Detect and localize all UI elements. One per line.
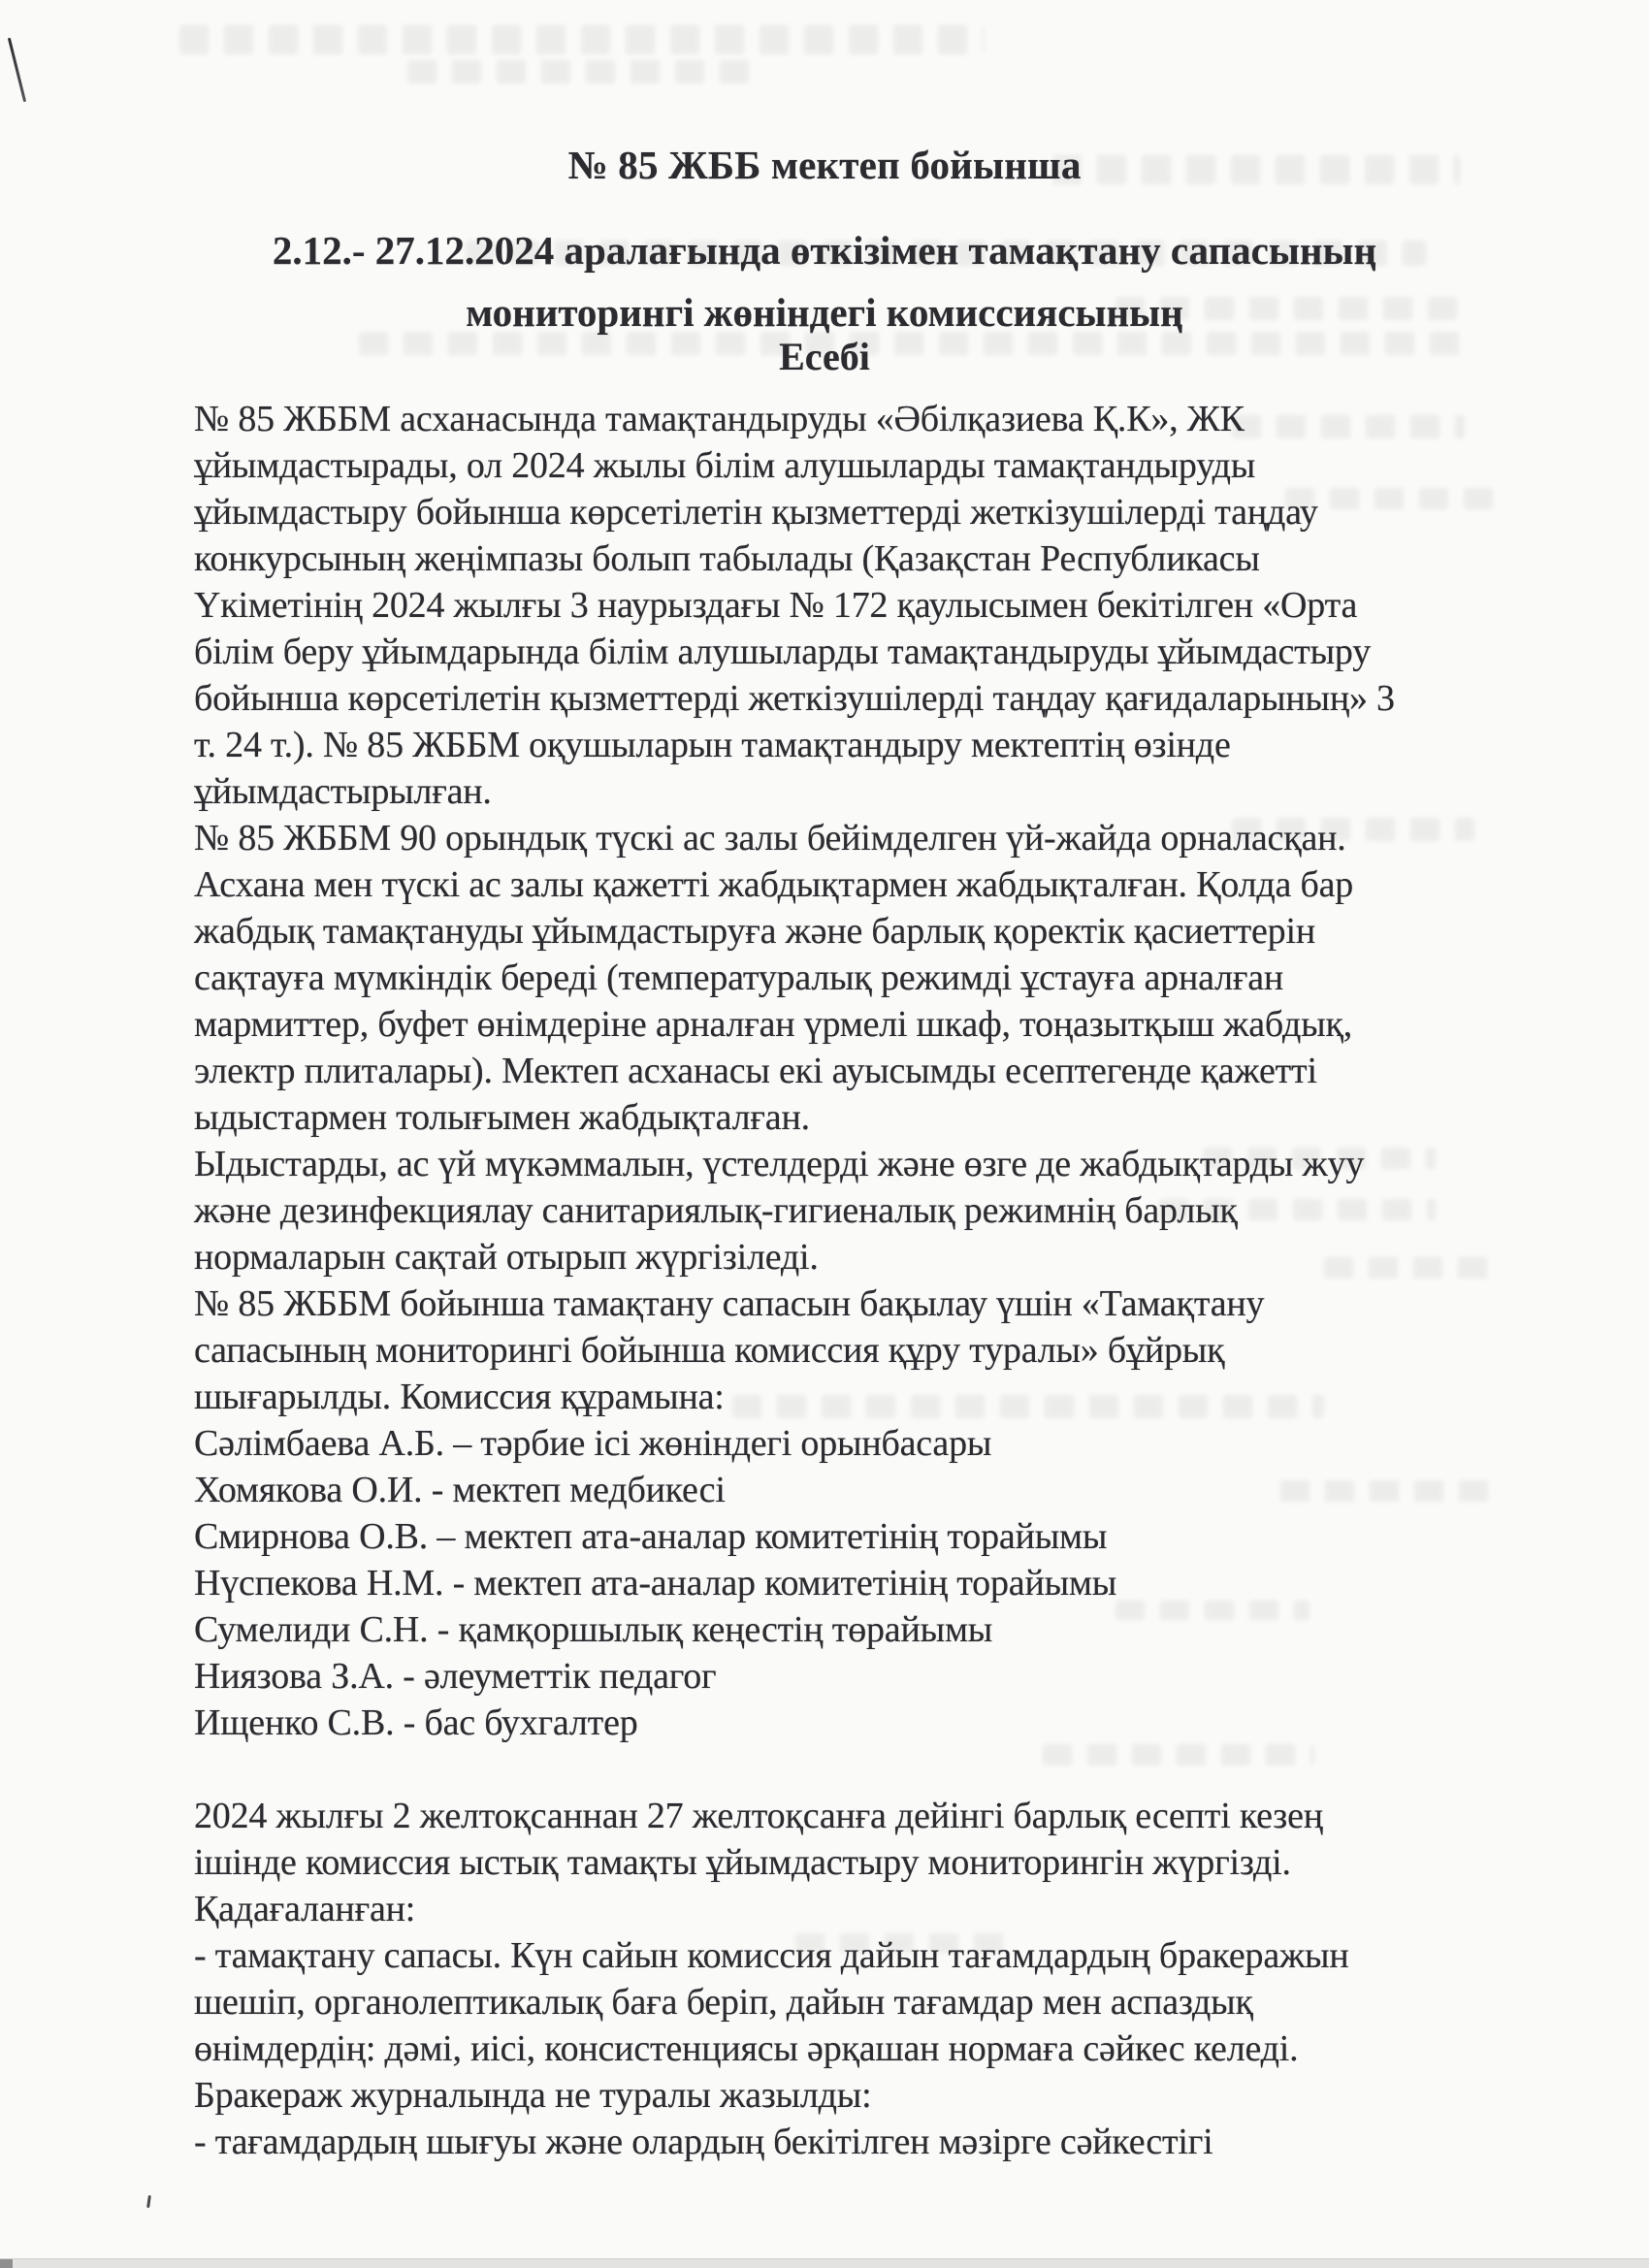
monitoring-report-line: Бракераж журналында не туралы жазылды: — [194, 2072, 1591, 2119]
commission-order-line: шығарылды. Комиссия құрамына: — [194, 1374, 1591, 1420]
intro-line: конкурсының жеңімпазы болып табылады (Қа… — [194, 535, 1591, 582]
intro-line: ұйымдастырылған. — [194, 768, 1591, 815]
monitoring-report-line: Қадағаланған: — [194, 1886, 1591, 1932]
facilities-line: электр плиталары). Мектеп асханасы екі а… — [194, 1048, 1591, 1094]
commission-member-line: Смирнова О.В. – мектеп ата-аналар комите… — [194, 1513, 1591, 1560]
spacer-line — [194, 1746, 1591, 1793]
report-heading: Есебі — [0, 334, 1649, 379]
commission-member-line: Хомякова О.И. - мектеп медбикесі — [194, 1467, 1591, 1513]
monitoring-report-line: шешіп, органолептикалық баға беріп, дайы… — [194, 1979, 1591, 2025]
scanner-edge-corner — [0, 2259, 13, 2268]
commission-order-line: сапасының мониторингі бойынша комиссия қ… — [194, 1327, 1591, 1374]
commission-member-line: Сәлімбаева А.Б. – тәрбие ісі жөніндегі о… — [194, 1420, 1591, 1467]
monitoring-report-line: 2024 жылғы 2 желтоқсаннан 27 желтоқсанға… — [194, 1793, 1591, 1839]
commission-member-line: Нүспекова Н.М. - мектеп ата-аналар комит… — [194, 1560, 1591, 1606]
intro-line: білім беру ұйымдарында білім алушыларды … — [194, 629, 1591, 675]
ink-speck-artifact — [146, 2195, 151, 2208]
commission-member-line: Ниязова З.А. - әлеуметтік педагог — [194, 1653, 1591, 1700]
pen-stroke-artifact — [8, 38, 26, 103]
commission-member-line: Сумелиди С.Н. - қамқоршылық кеңестің төр… — [194, 1606, 1591, 1653]
dishwashing-line: Ыдыстарды, ас үй мүкәммалын, үстелдерді … — [194, 1141, 1591, 1187]
intro-line: ұйымдастыру бойынша көрсетілетін қызметт… — [194, 489, 1591, 535]
facilities-line: № 85 ЖББМ 90 орындық түскі ас залы бейім… — [194, 815, 1591, 861]
commission-member-line: Ищенко С.В. - бас бухгалтер — [194, 1700, 1591, 1746]
document-body: № 85 ЖББМ асханасында тамақтандыруды «Әб… — [194, 396, 1591, 2165]
facilities-line: Асхана мен түскі ас залы қажетті жабдықт… — [194, 861, 1591, 908]
monitoring-report-line: - тағамдардың шығуы және олардың бекітіл… — [194, 2119, 1591, 2165]
commission-order-line: № 85 ЖББМ бойынша тамақтану сапасын бақы… — [194, 1280, 1591, 1327]
intro-line: Үкіметінің 2024 жылғы 3 наурыздағы № 172… — [194, 582, 1591, 629]
scanner-edge-strip — [0, 2258, 1649, 2268]
facilities-line: ыдыстармен толығымен жабдықталған. — [194, 1094, 1591, 1141]
bleed-through-artifact — [179, 25, 985, 54]
scanned-document-page: № 85 ЖББ мектеп бойынша 2.12.- 27.12.202… — [0, 0, 1649, 2268]
facilities-line: мармиттер, буфет өнімдеріне арналған үрм… — [194, 1001, 1591, 1048]
subtitle-line: 2.12.- 27.12.2024 аралағында өткізімен т… — [0, 219, 1649, 281]
monitoring-report-line: - тамақтану сапасы. Күн сайын комиссия д… — [194, 1932, 1591, 1979]
facilities-line: сақтауға мүмкіндік береді (температуралы… — [194, 955, 1591, 1001]
intro-line: бойынша көрсетілетін қызметтерді жеткізу… — [194, 675, 1591, 722]
document-subtitle: 2.12.- 27.12.2024 аралағында өткізімен т… — [0, 219, 1649, 343]
bleed-through-artifact — [407, 60, 757, 83]
document-title: № 85 ЖББ мектеп бойынша — [0, 142, 1649, 188]
dishwashing-line: және дезинфекциялау санитариялық-гигиена… — [194, 1187, 1591, 1234]
monitoring-report-line: ішінде комиссия ыстық тамақты ұйымдастыр… — [194, 1839, 1591, 1886]
facilities-line: жабдық тамақтануды ұйымдастыруға және ба… — [194, 908, 1591, 955]
monitoring-report-line: өнімдердің: дәмі, иісі, консистенциясы ә… — [194, 2025, 1591, 2072]
intro-line: т. 24 т.). № 85 ЖББМ оқушыларын тамақтан… — [194, 722, 1591, 768]
intro-line: № 85 ЖББМ асханасында тамақтандыруды «Әб… — [194, 396, 1591, 442]
dishwashing-line: нормаларын сақтай отырып жүргізіледі. — [194, 1234, 1591, 1280]
intro-line: ұйымдастырады, ол 2024 жылы білім алушыл… — [194, 442, 1591, 489]
